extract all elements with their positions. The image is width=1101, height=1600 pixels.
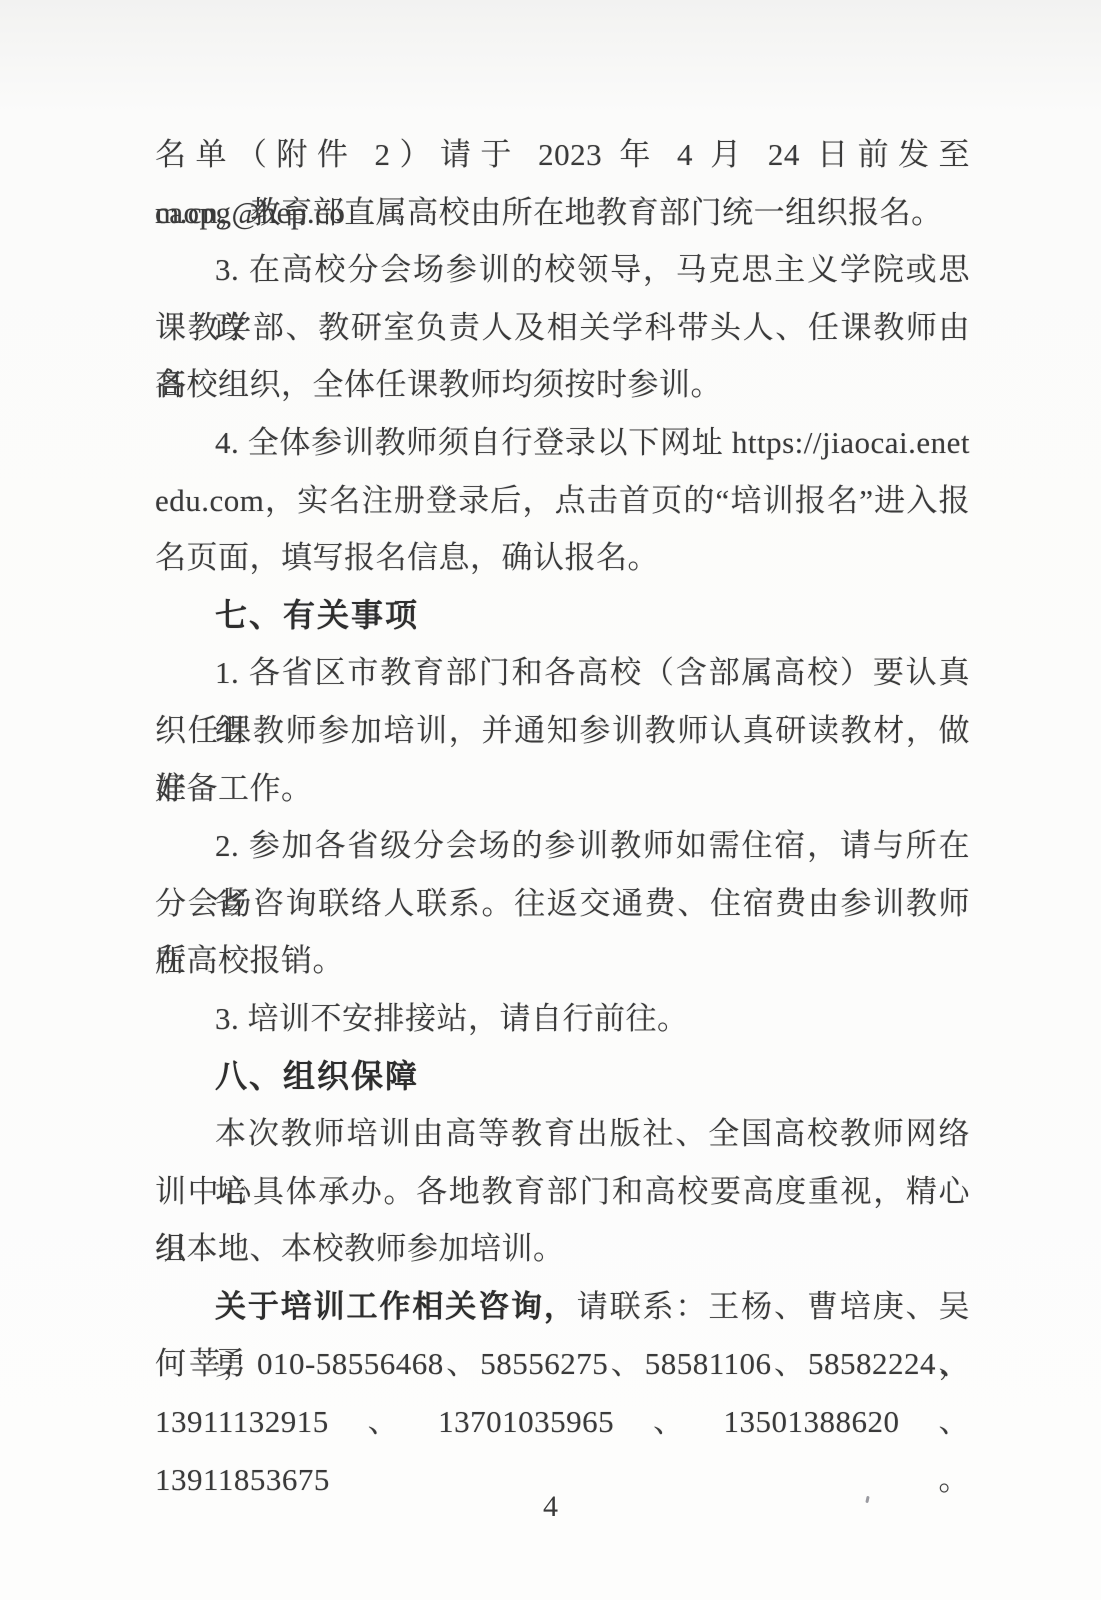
text-segment: m.cn，教育部直属高校由所在地教育部门统一组织报名。 xyxy=(155,195,943,230)
document-body: 名单（附件 2）请于 2023 年 4 月 24 日前发至 caopg@hep.… xyxy=(155,126,970,1451)
document-line: 3. 在高校分会场参训的校领导，马克思主义学院或思政 xyxy=(155,241,970,299)
document-line: 4. 全体参训教师须自行登录以下网址 https://jiaocai.enet xyxy=(155,414,970,472)
document-line: 本次教师培训由高等教育出版社、全国高校教师网络培 xyxy=(155,1105,970,1163)
document-line: 织本地、本校教师参加培训。 xyxy=(155,1220,970,1278)
document-line: 何莘，010-58556468、58556275、58581106、585822… xyxy=(155,1335,970,1393)
document-line: 名单（附件 2）请于 2023 年 4 月 24 日前发至 caopg@hep.… xyxy=(155,126,970,184)
document-line: 名页面，填写报名信息，确认报名。 xyxy=(155,529,970,587)
document-line: 13911132915、13701035965、13501388620、1391… xyxy=(155,1393,970,1451)
text-segment: 织本地、本校教师参加培训。 xyxy=(155,1231,565,1266)
text-segment: 3. 培训不安排接站，请自行前往。 xyxy=(215,1001,689,1036)
document-line: 高校组织，全体任课教师均须按时参训。 xyxy=(155,356,970,414)
document-page: 名单（附件 2）请于 2023 年 4 月 24 日前发至 caopg@hep.… xyxy=(0,0,1101,1600)
document-line: edu.com，实名注册登录后，点击首页的“培训报名”进入报 xyxy=(155,472,970,530)
text-segment: 七、有关事项 xyxy=(215,597,419,633)
document-line: 2. 参加各省级分会场的参训教师如需住宿，请与所在省 xyxy=(155,817,970,875)
text-segment: 名页面，填写报名信息，确认报名。 xyxy=(155,540,659,575)
document-line: 3. 培训不安排接站，请自行前往。 xyxy=(155,990,970,1048)
document-line: 织任课教师参加培训，并通知参训教师认真研读教材，做好 xyxy=(155,702,970,760)
section-heading: 七、有关事项 xyxy=(155,587,970,645)
text-segment: 在高校报销。 xyxy=(155,943,344,978)
text-segment: edu.com，实名注册登录后，点击首页的“培训报名”进入报 xyxy=(155,483,970,518)
text-segment: 高校组织，全体任课教师均须按时参训。 xyxy=(155,367,722,402)
document-line: m.cn，教育部直属高校由所在地教育部门统一组织报名。 xyxy=(155,184,970,242)
text-segment: 4. 全体参训教师须自行登录以下网址 https://jiaocai.enet xyxy=(215,425,970,460)
text-segment: 准备工作。 xyxy=(155,771,313,806)
page-number: 4 xyxy=(0,1478,1101,1535)
document-line: 准备工作。 xyxy=(155,760,970,818)
text-segment: 关于培训工作相关咨询， xyxy=(215,1289,577,1324)
document-line: 关于培训工作相关咨询，请联系：王杨、曹培庚、吴勇、 xyxy=(155,1278,970,1336)
document-line: 在高校报销。 xyxy=(155,932,970,990)
text-segment: 八、组织保障 xyxy=(215,1058,419,1094)
document-line: 1. 各省区市教育部门和各高校（含部属高校）要认真组 xyxy=(155,644,970,702)
document-line: 分会场咨询联络人联系。往返交通费、住宿费由参训教师所 xyxy=(155,875,970,933)
document-line: 课教学部、教研室负责人及相关学科带头人、任课教师由各 xyxy=(155,299,970,357)
section-heading: 八、组织保障 xyxy=(155,1048,970,1106)
text-segment: 何莘，010-58556468、58556275、58581106、585822… xyxy=(155,1346,970,1381)
document-line: 训中心具体承办。各地教育部门和高校要高度重视，精心组 xyxy=(155,1163,970,1221)
